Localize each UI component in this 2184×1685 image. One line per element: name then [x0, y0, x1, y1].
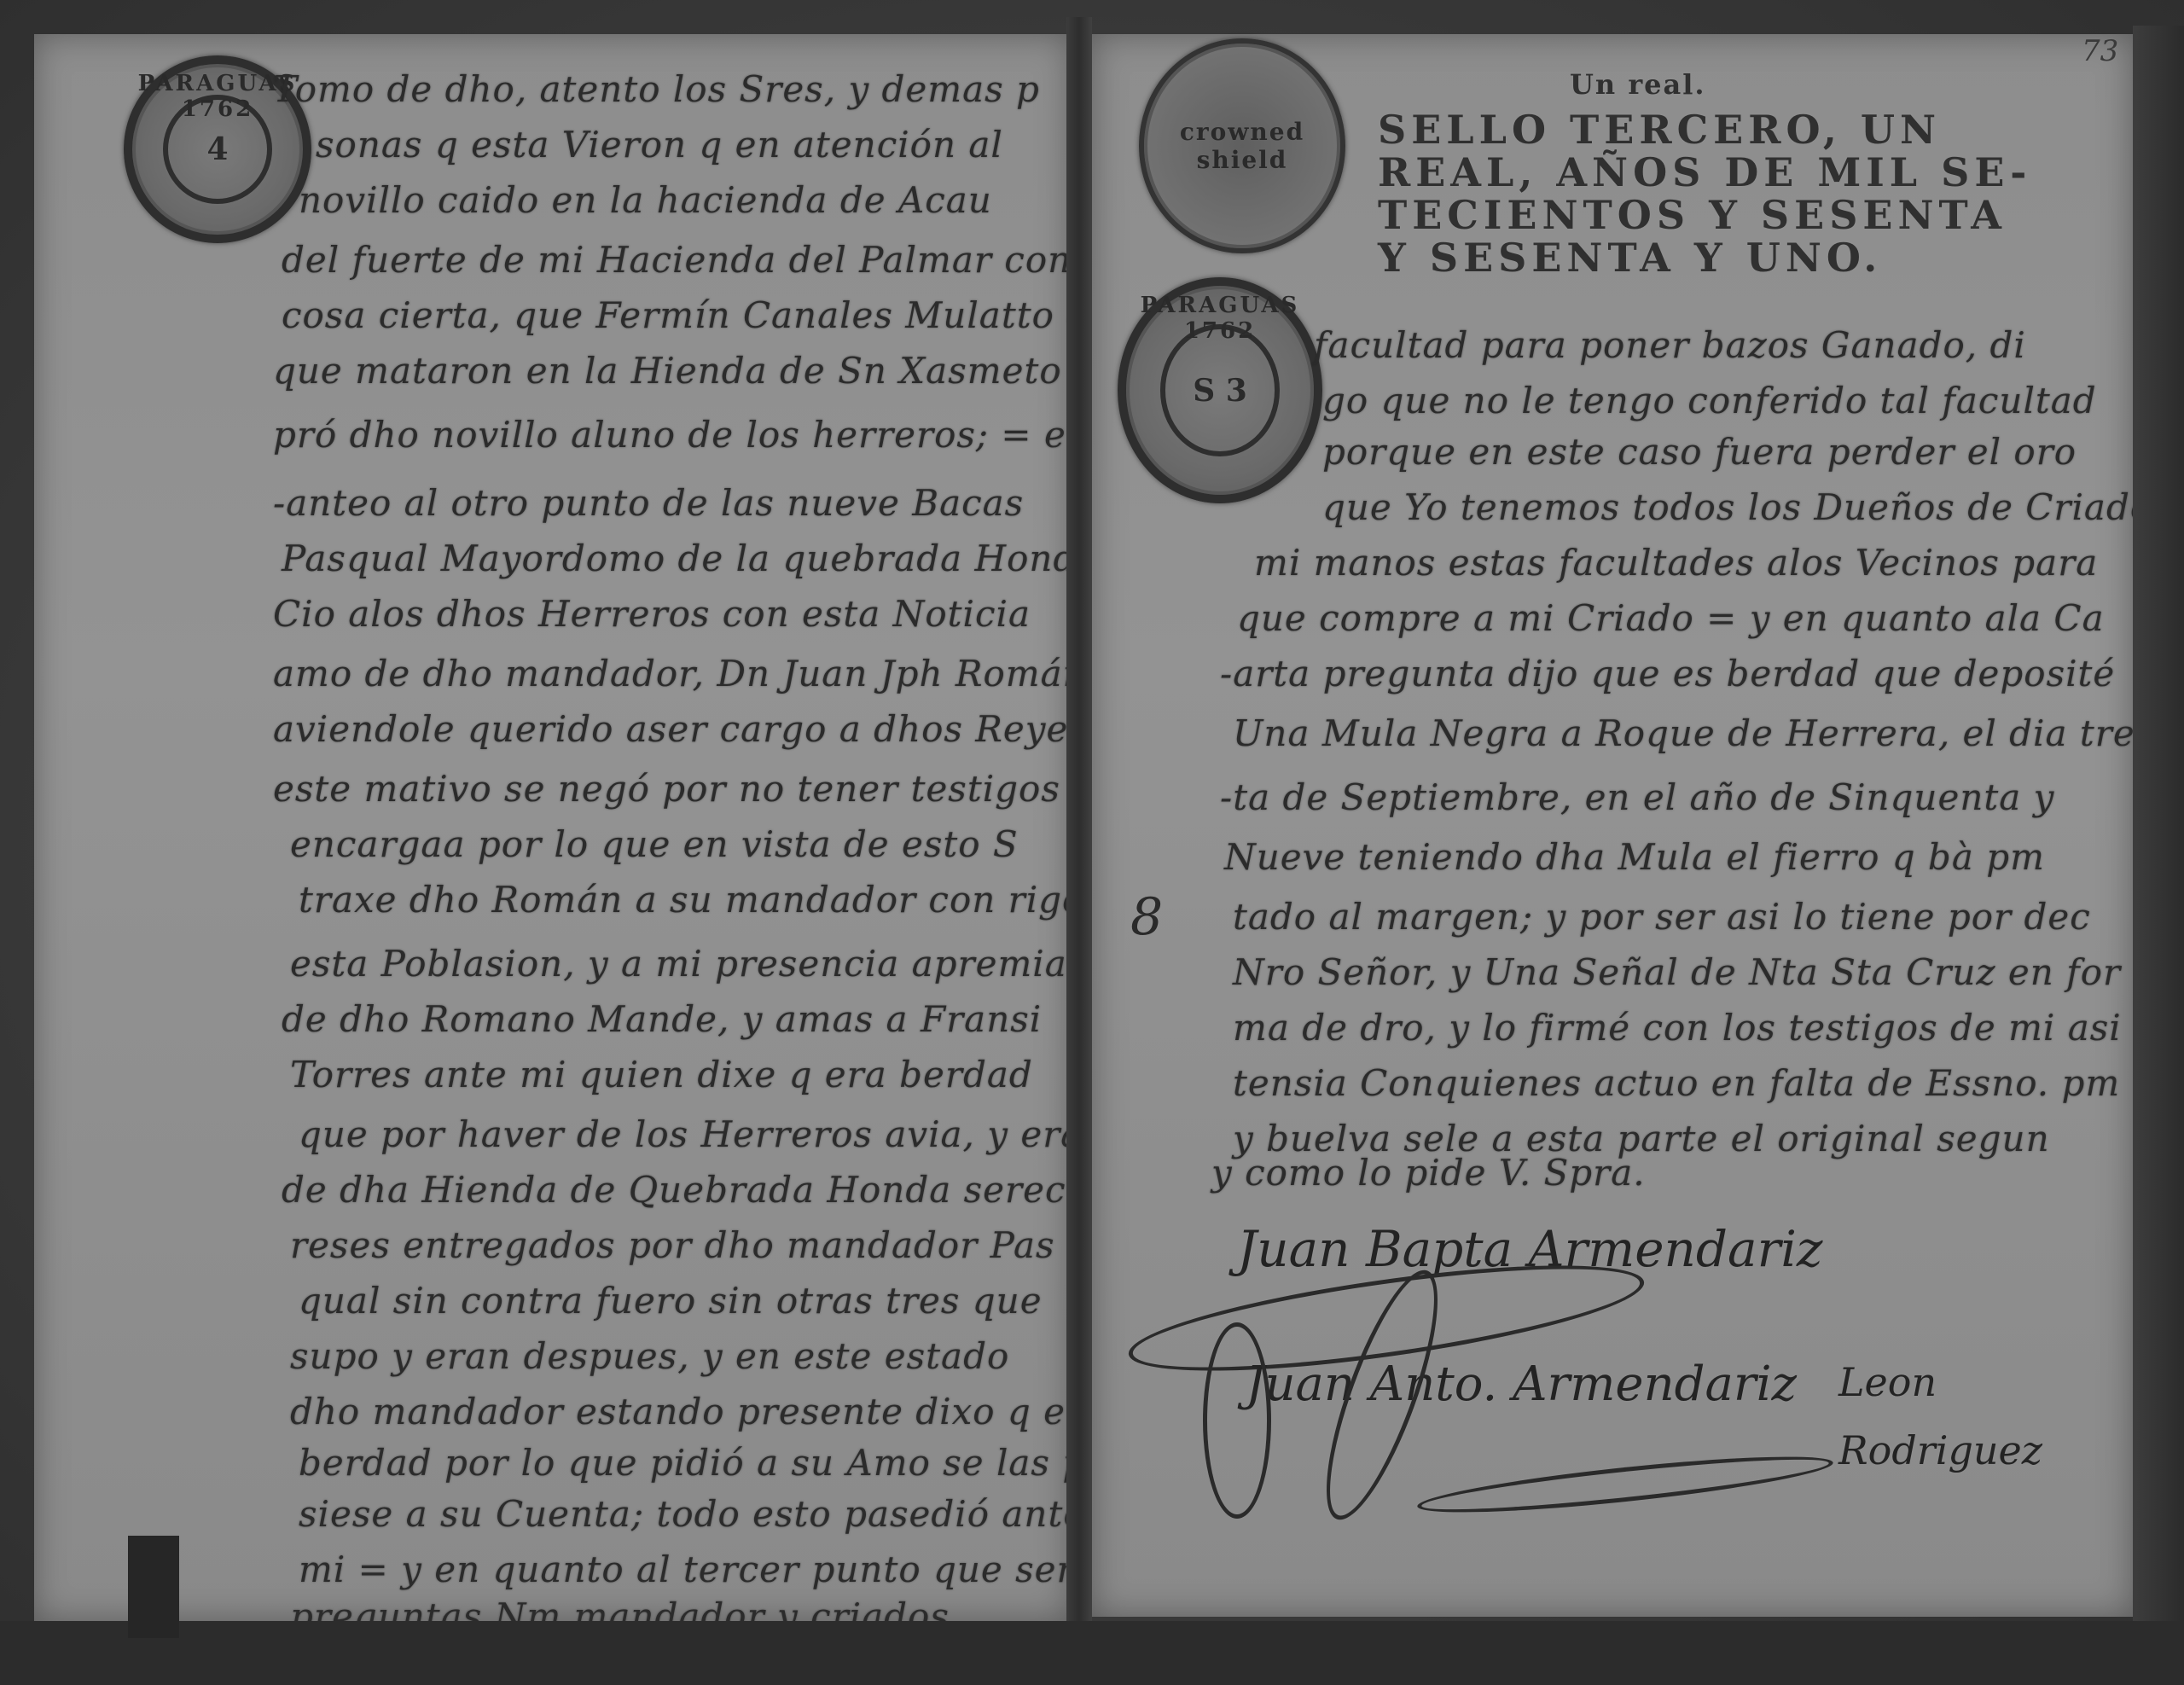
manuscript-line: Tomo de dho, atento los Sres, y demas p: [273, 68, 1040, 110]
manuscript-line: que compre a mi Criado = y en quanto ala…: [1237, 597, 2105, 639]
stamp-line: SELLO TERCERO, UN: [1378, 107, 1941, 153]
seal-ring-text: PARAGUAS 1762: [1126, 293, 1314, 344]
manuscript-line: este mativo se negó por no tener testigo…: [273, 768, 1121, 810]
manuscript-line: y como lo pide V. Spra.: [1211, 1152, 1646, 1194]
scan-bottom-shadow: [0, 1621, 2184, 1685]
stamp-line: REAL, AÑOS DE MIL SE-: [1378, 149, 2031, 195]
book-gutter: [1066, 17, 1092, 1655]
manuscript-line: Torres ante mi quien dixe q era berdad: [290, 1054, 1033, 1095]
manuscript-line: mi = y en quanto al tercer punto que ser: [299, 1548, 1075, 1590]
manuscript-line: -arta pregunta dijo que es berdad que de…: [1220, 653, 2115, 694]
seal-center: S 3: [1160, 324, 1280, 456]
manuscript-line: qual sin contra fuero sin otras tres que: [299, 1280, 1043, 1322]
manuscript-line: sonas q esta Vieron q en atención al: [316, 124, 1003, 166]
manuscript-line: berdad por lo que pidió a su Amo se las …: [299, 1442, 1086, 1484]
manuscript-line: Una Mula Negra a Roque de Herrera, el di…: [1233, 712, 2171, 754]
manuscript-line: de dho Romano Mande, y amas a Fransi: [282, 998, 1042, 1040]
manuscript-line: Nueve teniendo dha Mula el fierro q bà p…: [1224, 836, 2045, 878]
manuscript-line: Pasqual Mayordomo de la quebrada Honda b…: [282, 537, 1182, 579]
manuscript-line: aviendole querido aser cargo a dhos Reye…: [273, 708, 1100, 750]
signature-3: Leon Rodriguez: [1838, 1348, 2043, 1485]
manuscript-line: ma de dro, y lo firmé con los testigos d…: [1233, 1007, 2122, 1049]
left-page: PARAGUAS 1762 4 Tomo de dho, atento los …: [34, 34, 1071, 1621]
manuscript-line: que Yo tenemos todos los Dueños de Criad…: [1322, 486, 2184, 528]
signature-flourish: [1415, 1446, 1834, 1524]
manuscript-line: -anteo al otro punto de las nueve Bacas: [273, 482, 1024, 524]
parish-seal-right: PARAGUAS 1762 S 3: [1118, 277, 1322, 503]
manuscript-line: traxe dho Román a su mandador con rigo: [299, 879, 1084, 921]
manuscript-line: esta Poblasion, y a mi presencia apremia…: [290, 943, 1091, 985]
manuscript-line: siese a su Cuenta; todo esto pasedió ant…: [299, 1493, 1085, 1535]
manuscript-line: amo de dho mandador, Dn Juan Jph Román: [273, 653, 1087, 694]
manuscript-line: pró dho novillo aluno de los herreros; =…: [273, 414, 1114, 456]
manuscript-scan: PARAGUAS 1762 4 Tomo de dho, atento los …: [0, 0, 2184, 1685]
signature-flourish: [1203, 1322, 1271, 1519]
manuscript-line: tado al margen; y por ser asi lo tiene p…: [1233, 896, 2091, 938]
manuscript-line: del fuerte de mi Hacienda del Palmar con: [282, 239, 1072, 281]
manuscript-line: dho mandador estando presente dixo q era: [290, 1391, 1106, 1432]
manuscript-line: Cio alos dhos Herreros con esta Noticia: [273, 593, 1031, 635]
page-edge: [2133, 26, 2184, 1647]
royal-seal: crowned shield: [1139, 38, 1345, 253]
stamp-denomination: Un real.: [1570, 68, 1706, 101]
manuscript-line: que por haver de los Herreros avia, y er…: [299, 1113, 1107, 1155]
manuscript-line: novillo caido en la hacienda de Acau: [299, 179, 992, 221]
manuscript-line: -ta de Septiembre, en el año de Sinquent…: [1220, 776, 2054, 818]
manuscript-line: encargaa por lo que en vista de esto S: [290, 823, 1019, 865]
manuscript-line: Nro Señor, y Una Señal de Nta Sta Cruz e…: [1233, 951, 2121, 993]
page-tab-marker: [128, 1536, 179, 1638]
stamp-line: TECIENTOS Y SESENTA: [1378, 192, 2007, 238]
manuscript-line: facultad para poner bazos Ganado, di: [1314, 324, 2026, 366]
manuscript-line: supo y eran despues, y en este estado: [290, 1335, 1009, 1377]
signature-2: Juan Anto. Armendariz: [1246, 1357, 1797, 1412]
manuscript-line: de dha Hienda de Quebrada Honda serec: [282, 1169, 1066, 1211]
right-page: 73 crowned shield Un real. SELLO TERCERO…: [1092, 34, 2133, 1617]
manuscript-line: tensia Conquienes actuo en falta de Essn…: [1233, 1062, 2120, 1104]
manuscript-line: que mataron en la Hienda de Sn Xasmeto l…: [273, 350, 1108, 392]
manuscript-line: reses entregados por dho mandador Pas: [290, 1224, 1055, 1266]
manuscript-line: go que no le tengo conferido tal faculta…: [1322, 380, 2097, 421]
folio-number: 73: [2082, 34, 2118, 68]
margin-note: 8: [1130, 887, 1163, 947]
manuscript-line: porque en este caso fuera perder el oro: [1322, 431, 2077, 473]
manuscript-line: cosa cierta, que Fermín Canales Mulatto …: [282, 294, 1103, 336]
royal-seal-emblem: crowned shield: [1185, 86, 1298, 205]
manuscript-line: mi manos estas facultades alos Vecinos p…: [1254, 542, 2098, 584]
stamp-line: Y SESENTA Y UNO.: [1378, 235, 1882, 281]
